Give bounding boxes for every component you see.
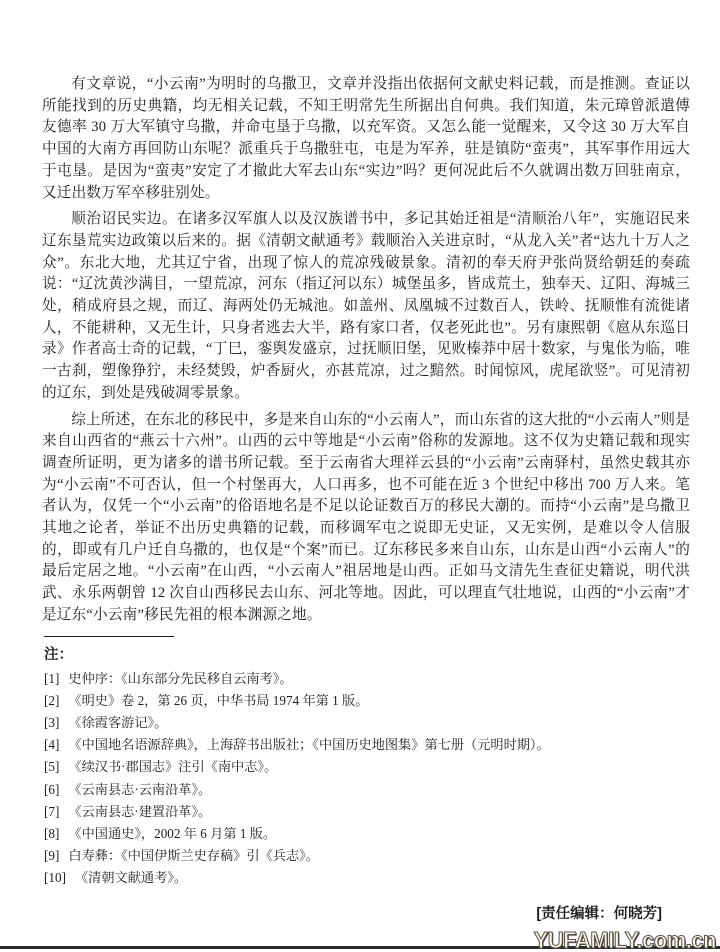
note-item: [8]《中国通史》，2002 年 6 月第 1 版。: [44, 823, 690, 845]
note-item: [4]《中国地名语源辞典》，上海辞书出版社；《中国历史地图集》第七册（元明时期）…: [44, 734, 690, 756]
editor-credit: [责任编辑：何晓芳]: [42, 902, 690, 923]
note-text: 《云南县志·建置沿革》。: [68, 801, 211, 823]
note-text: 《徐霞客游记》。: [68, 712, 167, 734]
note-item: [3]《徐霞客游记》。: [44, 712, 690, 734]
note-label: [9]: [44, 845, 59, 867]
note-label: [5]: [44, 756, 59, 778]
article-body: 有文章说，“小云南”为明时的乌撒卫，文章并没指出依据何文献史料记载，而是推测。查…: [42, 74, 690, 923]
note-text: 《中国地名语源辞典》，上海辞书出版社；《中国历史地图集》第七册（元明时期）。: [68, 734, 549, 756]
note-item: [10]《清朝文献通考》。: [44, 867, 690, 889]
note-item: [9]白寿彝：《中国伊斯兰史存稿》引《兵志》。: [44, 845, 690, 867]
paragraph: 有文章说，“小云南”为明时的乌撒卫，文章并没指出依据何文献史料记载，而是推测。查…: [42, 74, 690, 204]
notes-list: [1]史仲序：《山东部分先民移自云南考》。 [2]《明史》卷 2，第 26 页，…: [44, 668, 690, 890]
notes-heading: 注：: [44, 643, 690, 664]
note-label: [3]: [44, 712, 59, 734]
note-item: [5]《续汉书·郡国志》注引《南中志》。: [44, 756, 690, 778]
paragraph: 顺治诏民实边。在诸多汉军旗人以及汉族谱书中，多记其始迁祖是“清顺治八年”，实施诏…: [42, 209, 690, 404]
paragraph: 综上所述，在东北的移民中，多是来自山东的“小云南人”，而山东省的这大批的“小云南…: [42, 410, 690, 627]
watermark-text: YUFAMILY.com.cn: [534, 929, 716, 952]
scanned-document-page: 有文章说，“小云南”为明时的乌撒卫，文章并没指出依据何文献史料记载，而是推测。查…: [0, 0, 720, 952]
note-item: [1]史仲序：《山东部分先民移自云南考》。: [44, 668, 690, 690]
note-text: 白寿彝：《中国伊斯兰史存稿》引《兵志》。: [68, 845, 319, 867]
note-text: 史仲序：《山东部分先民移自云南考》。: [68, 668, 292, 690]
note-label: [7]: [44, 801, 59, 823]
note-item: [2]《明史》卷 2，第 26 页，中华书局 1974 年第 1 版。: [44, 690, 690, 712]
note-text: 《云南县志·云南沿革》。: [68, 779, 211, 801]
note-item: [7]《云南县志·建置沿革》。: [44, 801, 690, 823]
note-label: [10]: [44, 867, 66, 889]
note-label: [4]: [44, 734, 59, 756]
note-text: 《明史》卷 2，第 26 页，中华书局 1974 年第 1 版。: [68, 690, 368, 712]
note-label: [8]: [44, 823, 59, 845]
note-text: 《中国通史》，2002 年 6 月第 1 版。: [68, 823, 276, 845]
note-label: [6]: [44, 779, 59, 801]
note-label: [2]: [44, 690, 59, 712]
notes-separator-rule: [44, 636, 174, 637]
note-text: 《清朝文献通考》。: [75, 867, 187, 889]
note-item: [6]《云南县志·云南沿革》。: [44, 779, 690, 801]
note-label: [1]: [44, 668, 59, 690]
note-text: 《续汉书·郡国志》注引《南中志》。: [68, 756, 277, 778]
